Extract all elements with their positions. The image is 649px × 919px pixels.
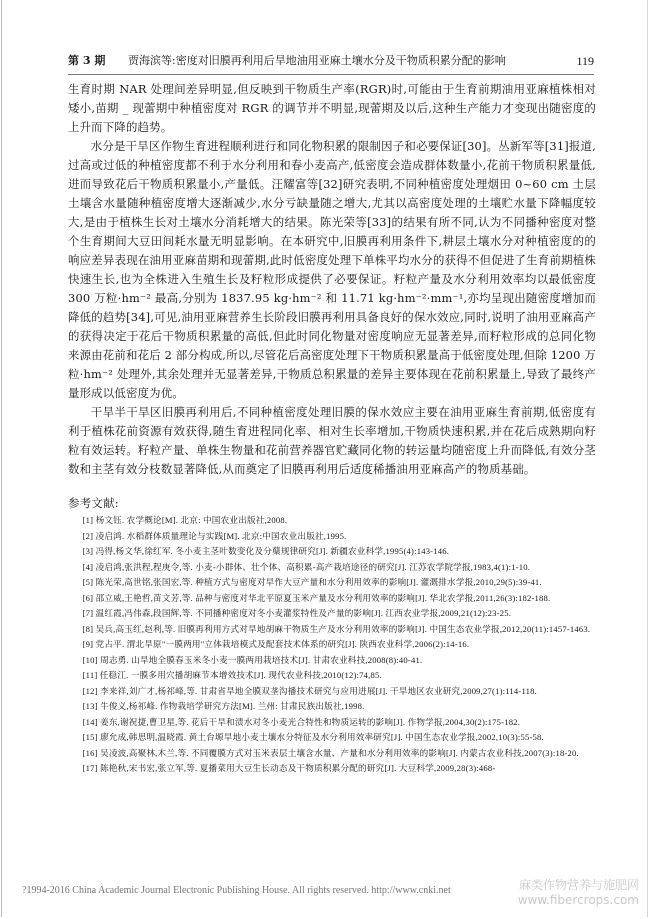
reference-item: [3] 冯得,杨文华,徐红军. 冬小麦主茎叶数变化及分蘖规律研究[J]. 新疆农…	[68, 544, 596, 560]
paragraph-continued: 生育时期 NAR 处理间差异明显,但反映到干物质生产率(RGR)时,可能由于生育…	[68, 80, 596, 137]
reference-item: [6] 邵立威,王艳哲,苗文芳,等. 品种与密度对华北平原夏玉米产量及水分利用效…	[68, 591, 596, 607]
reference-item: [15] 廖允成,韩思明,温晓霞. 黄土台塬旱地小麦土壤水分特征及水分利用效率研…	[68, 730, 596, 746]
reference-item: [8] 吴兵,高玉红,赵利,等. 旧膜再利用方式对旱地胡麻干物质生产及水分利用效…	[68, 622, 596, 638]
watermark-line-1: 麻类作物营养与施肥网	[518, 878, 639, 893]
watermark-line-2: www.fibercrops.com	[518, 893, 639, 908]
paragraph-conclusion: 干旱半干旱区旧膜再利用后,不同种植密度处理旧膜的保水效应主要在油用亚麻生育前期,…	[68, 403, 596, 479]
reference-item: [4] 凌启鸿,张洪程,程庚令,等. 小麦-小群体、壮个体、高积累-高产栽培途径…	[68, 560, 596, 576]
reference-item: [5] 陈光荣,高世铭,张国宏,等. 种植方式与密度对旱作大豆产量和水分利用效率…	[68, 575, 596, 591]
paragraph-discussion: 水分是干旱区作物生育进程顺利进行和同化物积累的限制因子和必要保证[30]。丛新军…	[68, 137, 596, 403]
site-watermark: 麻类作物营养与施肥网 www.fibercrops.com	[518, 878, 639, 908]
references-heading: 参考文献:	[68, 493, 596, 513]
running-header: 第 3 期 贾海滨等:密度对旧膜再利用后旱地油用亚麻土壤水分及干物质积累分配的影…	[68, 50, 594, 75]
copyright-footer: ?1994-2016 China Academic Journal Electr…	[22, 885, 451, 896]
running-title: 贾海滨等:密度对旧膜再利用后旱地油用亚麻土壤水分及干物质积累分配的影响	[128, 52, 506, 68]
reference-item: [9] 党占平. 渭北旱原"一膜两用"立体栽培模式及配套技术体系的研究[J]. …	[68, 637, 596, 653]
reference-item: [10] 周志勇. 山旱地全膜春玉米冬小麦一膜两用栽培技术[J]. 甘肃农业科技…	[68, 653, 596, 669]
reference-item: [2] 凌启鸿. 水稻群体质量理论与实践[M]. 北京:中国农业出版社,1995…	[68, 529, 596, 545]
reference-list: [1] 杨文钰. 农学概论[M]. 北京: 中国农业出版社,2008. [2] …	[68, 513, 596, 777]
reference-item: [17] 陈艳秋,宋书宏,张立军,等. 夏播菜用大豆生长动态及干物质积累分配的研…	[68, 761, 596, 777]
page-number: 119	[576, 54, 594, 69]
reference-item: [7] 温红霞,冯伟森,段国辉,等. 不同播种密度对冬小麦灌浆特性及产量的影响[…	[68, 606, 596, 622]
reference-item: [16] 吴凌波,高聚林,木兰,等. 不同覆膜方式对玉米表层土壤含水量、产量和水…	[68, 746, 596, 762]
reference-item: [13] 牛俊义,杨祁峰. 作物栽培学研究方法[M]. 兰州: 甘肃民族出版社,…	[68, 699, 596, 715]
reference-item: [12] 李来祥,刘广才,杨祁峰,等. 甘肃省旱地全膜双垄沟播技术研究与应用进展…	[68, 684, 596, 700]
issue-number: 第 3 期	[68, 52, 105, 68]
reference-item: [14] 姜东,谢祝捷,曹卫星,等. 花后干旱和渍水对冬小麦光合特性和物质运转的…	[68, 715, 596, 731]
article-body: 生育时期 NAR 处理间差异明显,但反映到干物质生产率(RGR)时,可能由于生育…	[68, 80, 596, 777]
reference-item: [11] 任稳江. 一膜多用穴播胡麻节本增效技术[J]. 现代农业科技,2010…	[68, 668, 596, 684]
reference-item: [1] 杨文钰. 农学概论[M]. 北京: 中国农业出版社,2008.	[68, 513, 596, 529]
